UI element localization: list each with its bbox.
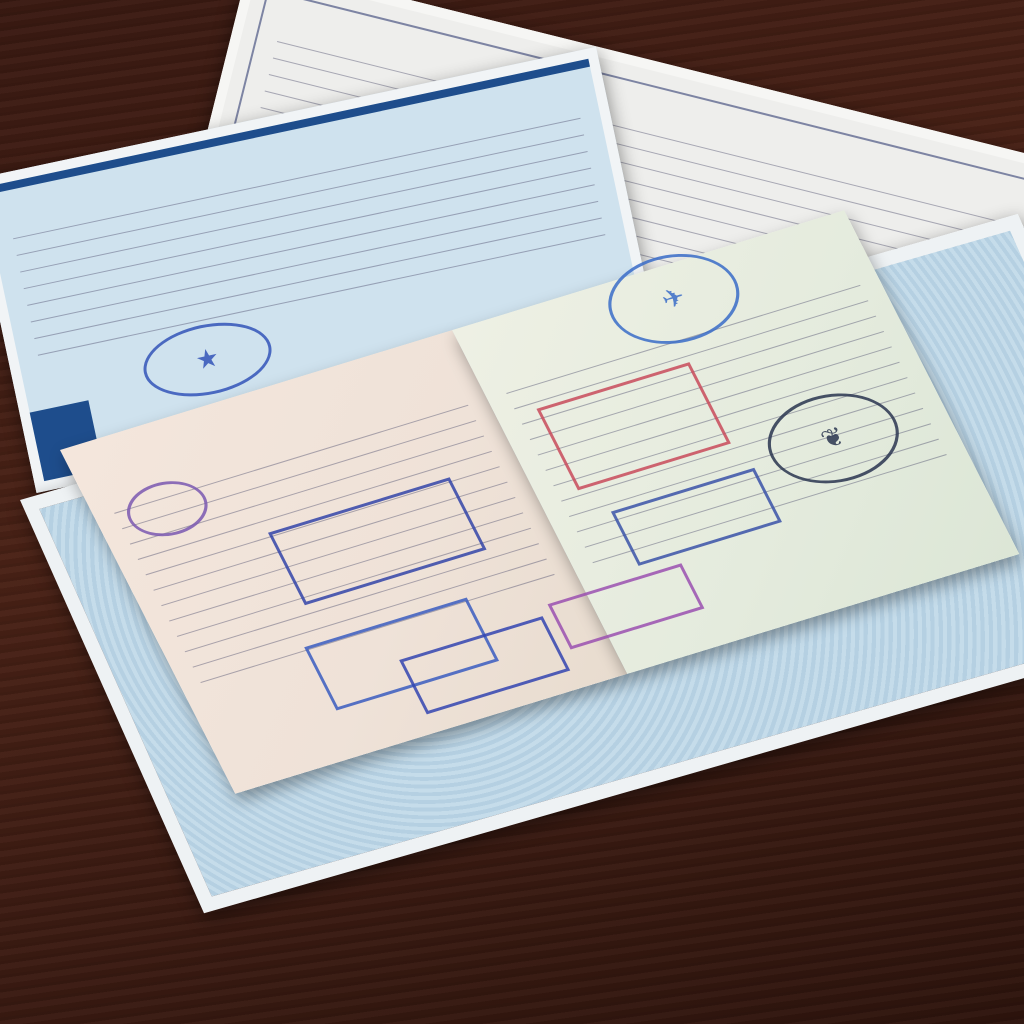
airplane-icon: ✈ bbox=[656, 282, 691, 316]
star-icon: ★ bbox=[193, 342, 222, 376]
eagle-seal-icon: ❦ bbox=[816, 422, 851, 456]
